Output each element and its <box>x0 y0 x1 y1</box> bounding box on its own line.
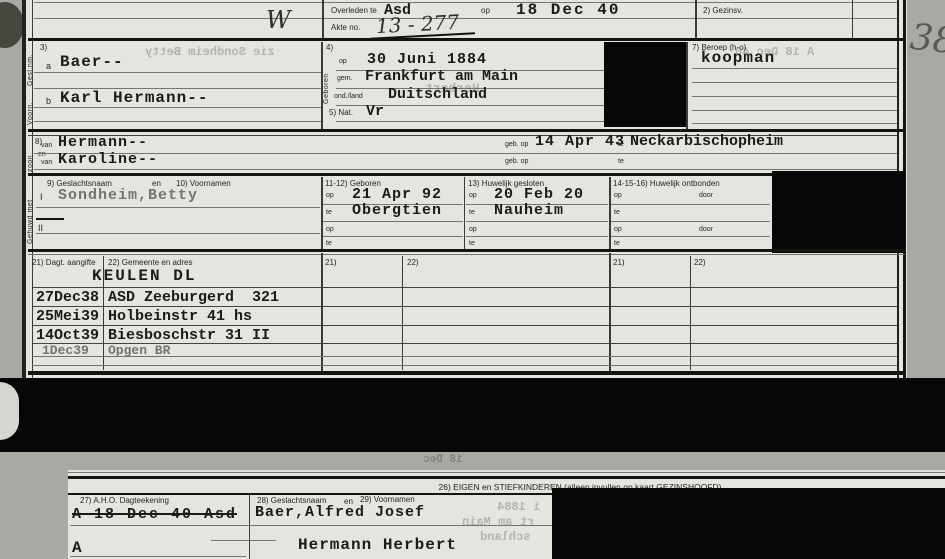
rule-line <box>28 254 905 255</box>
redaction-box <box>604 42 686 127</box>
rule-line <box>70 556 246 557</box>
section-border <box>28 38 905 41</box>
child-row-dagteekening: A 18 Dec 40 Asd <box>72 507 237 522</box>
akte-number-handwritten: 13 - 277 <box>376 12 460 36</box>
ghost-text: A 18 Dec 40 <box>735 46 814 58</box>
op-label: op <box>469 226 477 233</box>
aho-dagteekening-header: 27) A.H.O. Dagteekening <box>80 497 169 505</box>
rule-line <box>34 107 321 108</box>
row-b-label: b <box>46 97 51 106</box>
surname-value: Baer-- <box>60 54 124 70</box>
card-left-edge <box>22 0 26 378</box>
child-row-dagteekening: A <box>72 540 82 556</box>
te-label: te <box>618 158 624 165</box>
geb-op-label: geb. op <box>505 158 528 165</box>
ghost-text: i 1884 <box>497 501 540 513</box>
dagt-aangifte-header: 21) Dagt. aangifte <box>32 259 96 267</box>
rule-line <box>609 177 611 252</box>
rule-line <box>68 472 945 473</box>
ghost-text: Herbert <box>425 82 480 95</box>
zoon-label: zoon <box>27 146 34 172</box>
section-border <box>68 476 945 479</box>
rule-line <box>323 236 463 237</box>
rule-line <box>321 253 323 373</box>
op-label: op <box>614 192 622 199</box>
rule-line <box>611 221 770 222</box>
op-label: op <box>481 7 490 15</box>
rule-line <box>34 72 321 73</box>
rule-line <box>466 221 608 222</box>
col21b-header: 21) <box>325 259 337 267</box>
rule-line <box>321 177 323 252</box>
rule-line <box>34 121 321 122</box>
rule-line <box>322 0 324 40</box>
op-label: op <box>339 58 347 65</box>
rule-line <box>609 253 611 373</box>
rule-line <box>464 177 465 252</box>
ghost-text: rt am Main <box>462 516 534 528</box>
firstnames-value: Karl Hermann-- <box>60 90 208 106</box>
address-row-address: Biesboschstr 31 II <box>108 328 270 343</box>
handwritten-mark: W <box>266 8 291 32</box>
rule-line <box>402 256 403 370</box>
door-label: door <box>699 226 713 233</box>
col22c-header: 22) <box>694 259 706 267</box>
gezinsv-label: 2) Gezinsv. <box>703 7 743 15</box>
nat-label: 5) Nat. <box>329 109 353 117</box>
dash-mark <box>36 218 64 220</box>
te-label: te <box>326 209 332 216</box>
van-label: van <box>41 159 52 166</box>
te-label: te <box>469 209 475 216</box>
spouse-name-value: Sondheim,Betty <box>58 188 198 203</box>
rule-line <box>32 325 897 326</box>
page-number-handwritten: 38 <box>908 20 945 61</box>
van-label: van <box>41 142 52 149</box>
spouse-birth-place-value: Obergtien <box>352 203 442 218</box>
rule-line <box>34 18 897 19</box>
rule-line <box>692 96 897 97</box>
rule-line <box>692 82 897 83</box>
address-row-date: 14Oct39 <box>36 328 99 343</box>
geboren-label: Geboren <box>323 56 330 104</box>
akte-label: Akte no. <box>331 24 360 32</box>
rule-line <box>211 540 276 541</box>
rule-line <box>692 110 897 111</box>
rule-line <box>466 236 608 237</box>
op-label: op <box>614 226 622 233</box>
rule-line <box>686 42 688 132</box>
marriage-place-value: Nauheim <box>494 203 564 218</box>
mother-name-value: Karoline-- <box>58 152 158 167</box>
address-row-address: Holbeinstr 41 hs <box>108 309 252 324</box>
ghost-text: 18 Dec <box>423 455 463 466</box>
gem-label: gem. <box>337 75 353 82</box>
overleden-label: Overleden te <box>331 7 377 15</box>
voornamen-header: 29) Voornamen <box>360 496 415 504</box>
address-row-date: 25Mei39 <box>36 309 99 324</box>
marriage-2-numeral: II <box>38 224 43 233</box>
te-label: te <box>614 209 620 216</box>
rule-line <box>32 356 897 357</box>
rule-line <box>36 233 320 234</box>
marriage-date-value: 20 Feb 20 <box>494 187 584 202</box>
rule-line <box>34 153 897 154</box>
voornamen-label: Voorn. <box>27 95 34 125</box>
address-row-date: 27Dec38 <box>36 290 99 305</box>
ghost-text: zie Sondheim Betty <box>145 46 275 58</box>
rule-line <box>611 204 770 205</box>
rule-line <box>852 0 853 40</box>
op-label: op <box>326 226 334 233</box>
rule-line <box>34 2 897 3</box>
rule-line <box>36 207 320 208</box>
op-label: op <box>326 192 334 199</box>
te-label: te <box>469 240 475 247</box>
father-name-value: Hermann-- <box>58 135 148 150</box>
redaction-box <box>552 488 945 559</box>
te-label: te <box>326 240 332 247</box>
rule-line <box>34 169 897 170</box>
ondland-label: ond./land <box>334 93 363 100</box>
father-birth-date-value: 14 Apr 43 <box>535 134 625 149</box>
rule-line <box>249 495 250 559</box>
rule-line <box>323 221 463 222</box>
spouse-birth-date-value: 21 Apr 92 <box>352 187 442 202</box>
rule-line <box>692 68 897 69</box>
child-row-name: Hermann Herbert <box>298 537 457 553</box>
gemeente-adres-header: 22) Gemeente en adres <box>108 259 193 267</box>
field3-number: 3) <box>40 44 47 52</box>
rule-line <box>695 0 697 40</box>
door-label: door <box>699 192 713 199</box>
section-border <box>28 249 905 252</box>
scan-corner-shadow <box>0 2 24 48</box>
overleden-date-value: 18 Dec 40 <box>516 2 620 18</box>
te-label: te <box>618 141 624 148</box>
section-border <box>28 129 905 132</box>
col21c-header: 21) <box>613 259 625 267</box>
birth-date-value: 30 Juni 1884 <box>367 52 487 67</box>
te-label: te <box>614 240 620 247</box>
huwelijk-ontbonden-header: 14-15-16) Huwelijk ontbonden <box>613 180 720 188</box>
row-a-label: a <box>46 62 51 71</box>
city-line-value: KEULEN DL <box>92 268 196 284</box>
address-row-address: ASD Zeeburgerd 321 <box>108 290 279 305</box>
op-label: op <box>469 192 477 199</box>
rule-line <box>611 236 770 237</box>
col22b-header: 22) <box>407 259 419 267</box>
rule-line <box>690 256 691 370</box>
geslachtsnaam-label: Gesl.nm. <box>27 50 34 86</box>
redaction-band <box>0 378 945 452</box>
ghost-text: schland <box>480 531 530 543</box>
archive-card-scan: W Overleden te Asd op 18 Dec 40 Akte no.… <box>0 0 945 559</box>
field4-number: 4) <box>326 44 333 52</box>
rule-line <box>32 306 897 307</box>
geb-op-label: geb. op <box>505 141 528 148</box>
gehuwd-met-label: Gehuwd met <box>27 186 34 244</box>
redaction-box <box>772 171 905 253</box>
marriage-1-numeral: I <box>40 193 43 202</box>
section-border <box>28 371 905 375</box>
father-birth-place-value: Neckarbischopheim <box>630 134 783 149</box>
rule-line <box>692 123 897 124</box>
child-row-name: Baer,Alfred Josef <box>255 505 425 520</box>
rule-line <box>32 287 897 288</box>
nat-value: Vr <box>366 104 384 119</box>
rule-line <box>32 365 897 366</box>
